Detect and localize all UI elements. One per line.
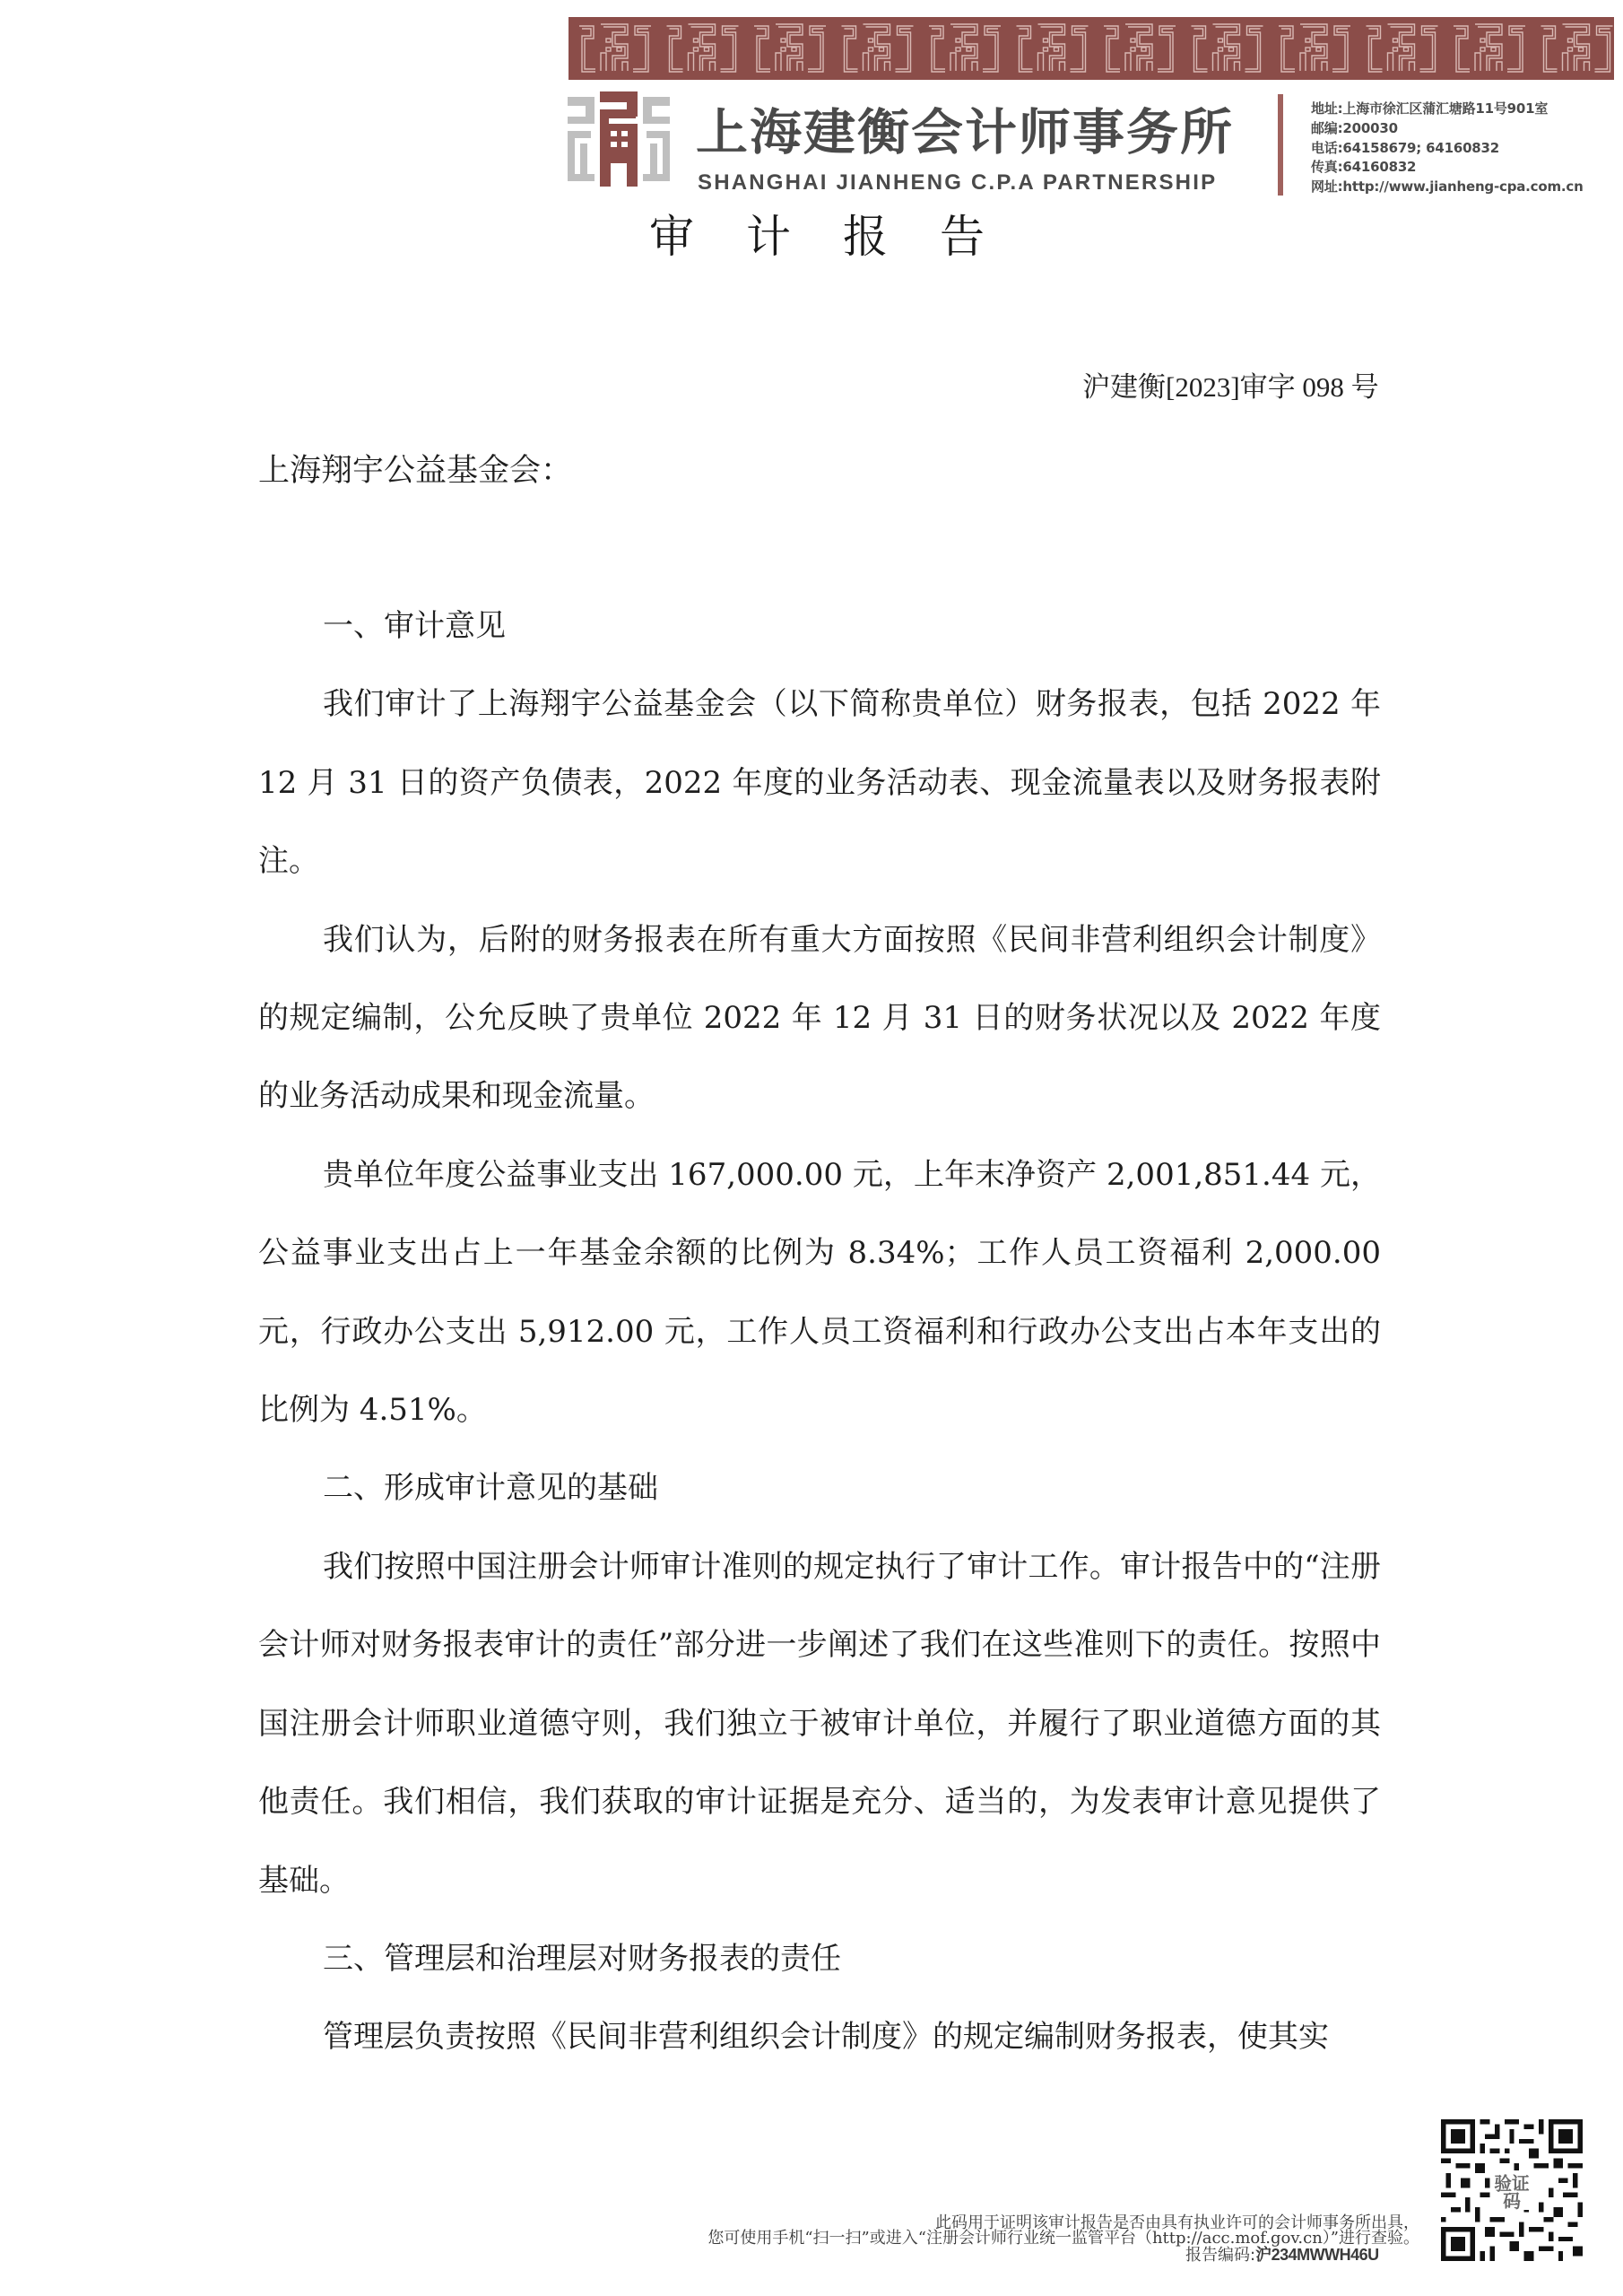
letterhead-banner: [568, 17, 1614, 80]
reference-number: 沪建衡[2023]审字 098 号: [1082, 368, 1379, 407]
firm-fax: 传真:64160832: [1311, 158, 1584, 178]
paragraph-opinion: 我们认为，后附的财务报表在所有重大方面按照《民间非营利组织会计制度》的规定编制，…: [258, 901, 1381, 1136]
verification-note: 此码用于证明该审计报告是否由具有执业许可的会计师事务所出具， 您可使用手机“扫一…: [520, 2215, 1419, 2246]
section-heading-basis: 二、形成审计意见的基础: [258, 1449, 1381, 1527]
paragraph-audit-scope: 我们审计了上海翔宇公益基金会（以下简称贵单位）财务报表，包括 2022 年 12…: [258, 665, 1381, 900]
qr-code-icon[interactable]: 验证 码: [1441, 2118, 1583, 2262]
paragraph-basis: 我们按照中国注册会计师审计准则的规定执行了审计工作。审计报告中的“注册会计师对财…: [258, 1528, 1381, 1920]
firm-website: 网址:http://www.jianheng-cpa.com.cn: [1311, 178, 1584, 197]
firm-name-en: SHANGHAI JIANHENG C.P.A PARTNERSHIP: [698, 170, 1217, 196]
addressee: 上海翔宇公益基金会：: [258, 448, 572, 493]
firm-contact-block: 地址:上海市徐汇区蒲汇塘路11号901室 邮编:200030 电话:641586…: [1311, 100, 1584, 197]
banner-pattern-icon: [568, 17, 1614, 80]
report-code-label: 报告编码:: [1185, 2246, 1255, 2265]
report-code-value: 沪234MWWH46U: [1255, 2246, 1379, 2264]
firm-postcode: 邮编:200030: [1311, 119, 1584, 139]
section-heading-audit-opinion: 一、审计意见: [258, 587, 1381, 665]
firm-name-cn: 上海建衡会计师事务所: [696, 102, 1234, 162]
section-heading-management-responsibility: 三、管理层和治理层对财务报表的责任: [258, 1920, 1381, 1998]
paragraph-management-responsibility: 管理层负责按照《民间非营利组织会计制度》的规定编制财务报表，使其实: [258, 1998, 1381, 2076]
letterhead-divider: [1278, 94, 1283, 196]
svg-text:码: 码: [1503, 2191, 1521, 2212]
firm-logo-icon: [568, 91, 670, 187]
paragraph-expenditure-figures: 贵单位年度公益事业支出 167,000.00 元，上年末净资产 2,001,85…: [258, 1136, 1381, 1450]
firm-phone: 电话:64158679; 64160832: [1311, 139, 1584, 159]
firm-address: 地址:上海市徐汇区蒲汇塘路11号901室: [1311, 100, 1584, 119]
page-title: 审计报告: [649, 208, 1037, 265]
report-code: 报告编码:沪234MWWH46U: [1185, 2245, 1379, 2266]
verification-note-line2: 您可使用手机“扫一扫”或进入“注册会计师行业统一监管平台（http://acc.…: [520, 2231, 1419, 2246]
report-body: 一、审计意见 我们审计了上海翔宇公益基金会（以下简称贵单位）财务报表，包括 20…: [258, 587, 1381, 2077]
